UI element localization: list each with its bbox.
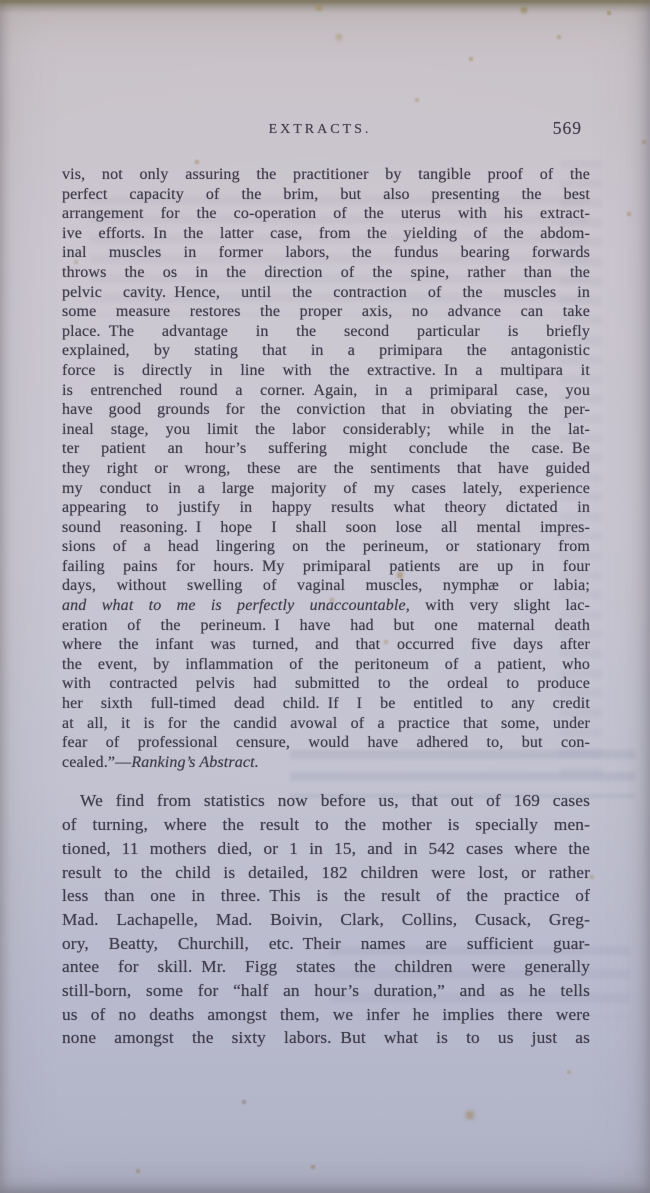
text-line: none amongst the sixty labors. But what …: [62, 1026, 590, 1050]
text-line: and what to me is perfectly unaccountabl…: [62, 596, 590, 616]
scanned-page: EXTRACTS. 569 vis, not only assuring the…: [0, 0, 650, 1193]
text-line: force is directly in line with the extra…: [62, 361, 590, 381]
text-line: antee for skill. Mr. Figg states the chi…: [62, 955, 590, 979]
text-line: my conduct in a large majority of my cas…: [62, 479, 590, 499]
text-line: result to the child is detailed, 182 chi…: [62, 861, 590, 885]
text-line: less than one in three. This is the resu…: [62, 884, 590, 908]
text-line: at all, it is for the candid avowal of a…: [62, 714, 590, 734]
text-line: have good grounds for the conviction tha…: [62, 400, 590, 420]
text-line: fear of professional censure, would have…: [62, 733, 590, 753]
text-line: ter patient an hour’s suffering might co…: [62, 439, 590, 459]
page-top-edge-shadow: [0, 0, 650, 14]
text-line: ory, Beatty, Churchill, etc. Their names…: [62, 932, 590, 956]
page-header: EXTRACTS. 569: [62, 120, 590, 140]
text-line: us of no deaths amongst them, we infer h…: [62, 1003, 590, 1027]
page-number: 569: [553, 118, 582, 139]
text-line: appearing to justify in happy results wh…: [62, 498, 590, 518]
text-line: place. The advantage in the second parti…: [62, 322, 590, 342]
text-line: cealed.”—Ranking’s Abstract.: [62, 753, 590, 773]
paragraph: vis, not only assuring the practitioner …: [62, 165, 590, 772]
text-line: failing pains for hours. My primiparal p…: [62, 557, 590, 577]
running-title: EXTRACTS.: [269, 122, 372, 137]
text-line: eration of the perineum. I have had but …: [62, 616, 590, 636]
text-line: explained, by stating that in a primipar…: [62, 341, 590, 361]
text-line: sound reasoning. I hope I shall soon los…: [62, 518, 590, 538]
text-line: they right or wrong, these are the senti…: [62, 459, 590, 479]
text-line: Mad. Lachapelle, Mad. Boivin, Clark, Col…: [62, 908, 590, 932]
text-line: arrangement for the co-operation of the …: [62, 204, 590, 224]
text-line: inal muscles in former labors, the fundu…: [62, 243, 590, 263]
page-body: vis, not only assuring the practitioner …: [62, 165, 590, 1050]
text-line: ive efforts. In the latter case, from th…: [62, 224, 590, 244]
text-line: tioned, 11 mothers died, or 1 in 15, and…: [62, 837, 590, 861]
text-line: where the infant was turned, and that oc…: [62, 635, 590, 655]
text-line: throws the os in the direction of the sp…: [62, 263, 590, 283]
text-line: of turning, where the result to the moth…: [62, 813, 590, 837]
text-line: is entrenched round a corner. Again, in …: [62, 381, 590, 401]
text-line: still-born, some for “half an hour’s dur…: [62, 979, 590, 1003]
text-line: the event, by inflammation of the perito…: [62, 655, 590, 675]
text-line: sions of a head lingering on the perineu…: [62, 537, 590, 557]
text-line: days, without swelling of vaginal muscle…: [62, 576, 590, 596]
text-line: with contracted pelvis had submitted to …: [62, 674, 590, 694]
paragraph: We find from statistics now before us, t…: [62, 789, 590, 1050]
text-line: her sixth full-timed dead child. If I be…: [62, 694, 590, 714]
text-line: some measure restores the proper axis, n…: [62, 302, 590, 322]
text-line: ineal stage, you limit the labor conside…: [62, 420, 590, 440]
text-line: vis, not only assuring the practitioner …: [62, 165, 590, 185]
text-line: pelvic cavity. Hence, until the contract…: [62, 283, 590, 303]
text-line: We find from statistics now before us, t…: [62, 789, 590, 813]
text-line: perfect capacity of the brim, but also p…: [62, 185, 590, 205]
foxing-stains: [0, 0, 2, 2]
